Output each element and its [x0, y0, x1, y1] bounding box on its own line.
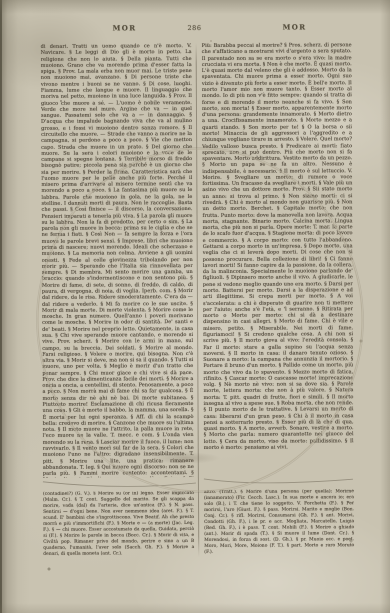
scanned-dictionary-page: MOR 286 MOR di denari. Tratti un uomo qu…	[0, 0, 390, 613]
page-content: MOR 286 MOR di denari. Tratti un uomo qu…	[0, 0, 390, 613]
paper-smudge	[150, 452, 220, 464]
page-number: 286	[167, 24, 223, 32]
main-text-left-column: di denari. Tratti un uomo quando ce n'è …	[41, 43, 194, 478]
column-divider-rule	[196, 43, 200, 557]
footnote-left-column: (contadinel?) (G. V.). § Morire su (or i…	[43, 491, 194, 560]
running-head-right: MOR	[265, 22, 325, 31]
footnote-right-column: altro. (Tratt.). § Morire d'una persona …	[204, 489, 354, 558]
running-head-left: MOR	[95, 23, 155, 32]
paper-speckles	[60, 100, 62, 102]
main-text-right-column: Più: Barabba peccai al morire? § Pros. s…	[202, 42, 354, 477]
